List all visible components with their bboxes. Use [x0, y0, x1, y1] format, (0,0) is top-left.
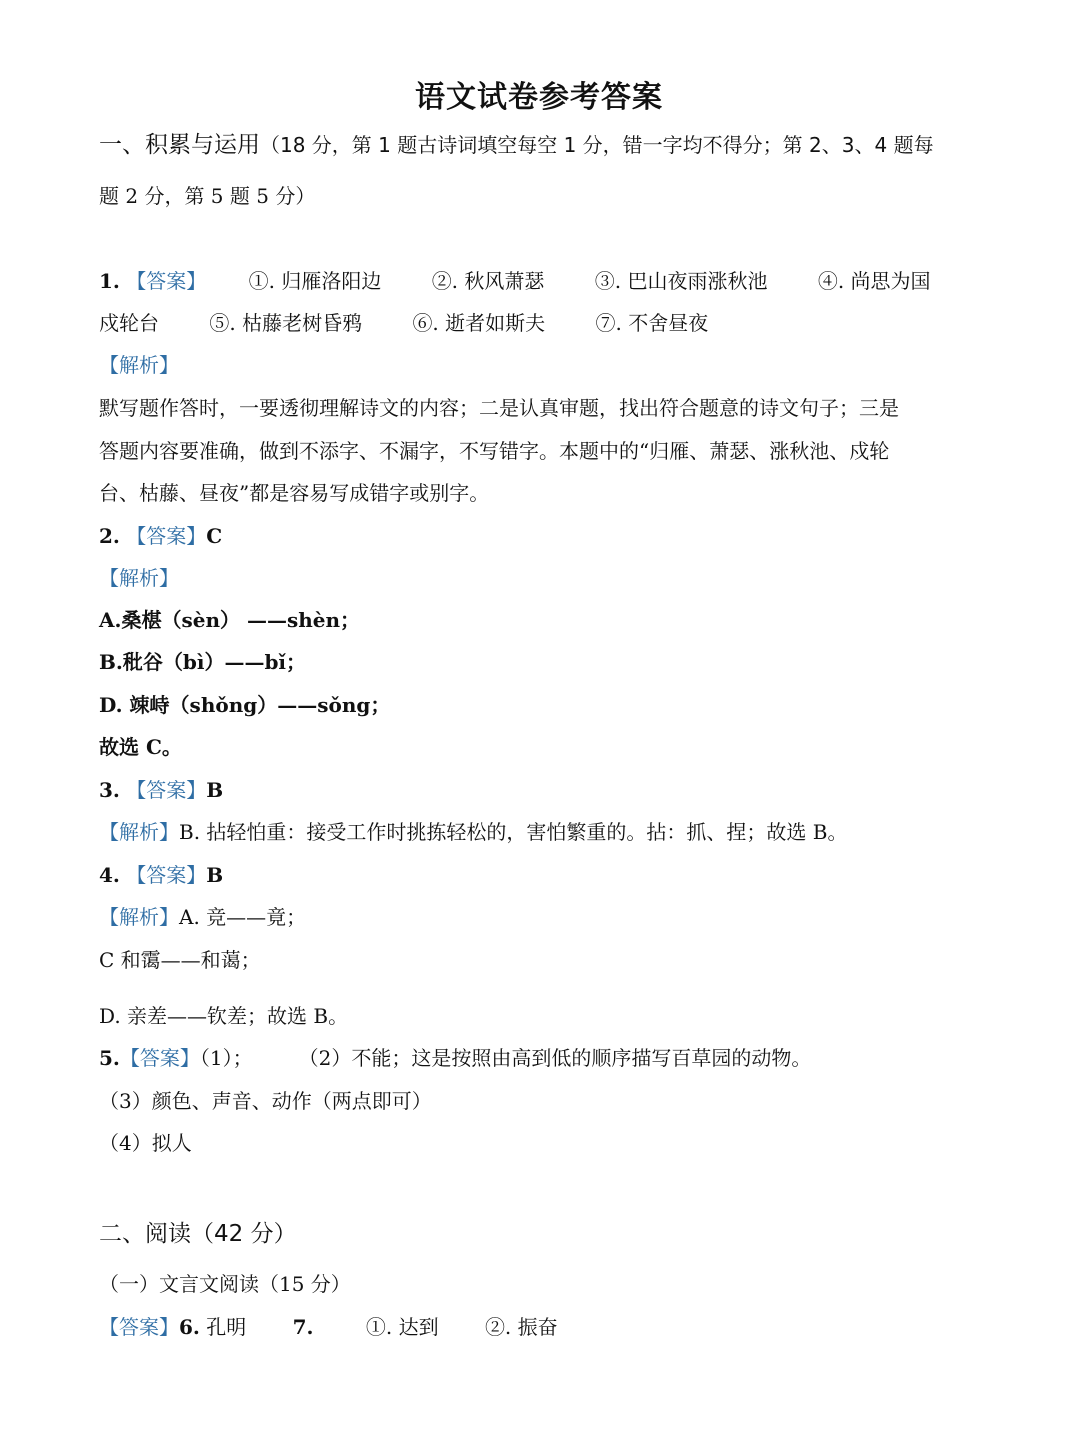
q1-item-5: ⑤. 枯藤老树昏鸦 [209, 311, 362, 335]
q3-analysis-line: 【解析】B. 拈轻怕重：接受工作时挑拣轻松的，害怕繁重的。拈：抓、捏；故选 B。 [99, 818, 847, 846]
answer-label: 【答案】 [120, 1046, 200, 1070]
section2-sub1: （一）文言文阅读（15 分） [99, 1270, 351, 1298]
q7-item-2: ②. 振奋 [485, 1315, 558, 1339]
section1-desc-2: 题 2 分，第 5 题 5 分） [99, 182, 315, 210]
q1-item-7: ⑦. 不舍昼夜 [596, 311, 709, 335]
q3-number: 3. [99, 778, 120, 802]
q2-analysis-2: B.秕谷（bì）——bǐ； [99, 648, 306, 676]
q2-answer-line: 2. 【答案】C [99, 522, 222, 550]
q5-part4: （4）拟人 [99, 1129, 192, 1157]
q6-number: 6. [179, 1315, 200, 1339]
q1-analysis-2: 答题内容要准确，做到不添字、不漏字，不写错字。本题中的“归雁、萧瑟、涨秋池、戍轮 [99, 437, 889, 465]
answer-label: 【答案】 [126, 863, 206, 887]
q2-number: 2. [99, 524, 120, 548]
analysis-label: 【解析】 [99, 820, 179, 844]
q6-q7-answer-line: 【答案】6. 孔明 7. ①. 达到 ②. 振奋 [99, 1313, 558, 1341]
q7-number: 7. [293, 1315, 314, 1339]
q2-answer: C [206, 524, 222, 548]
q3-answer: B [206, 778, 223, 802]
section1-desc-1: （18 分，第 1 题古诗词填空每空 1 分，错一字均不得分；第 2、3、4 题… [260, 133, 934, 157]
q4-analysis-2: C 和霭——和蔼； [99, 946, 261, 974]
q1-answer-line-2: 戍轮台 ⑤. 枯藤老树昏鸦 ⑥. 逝者如斯夫 ⑦. 不舍昼夜 [99, 309, 708, 337]
q2-analysis-label: 【解析】 [99, 564, 179, 592]
q1-number: 1. [99, 269, 120, 293]
q4-analysis-3: D. 亲差——钦差；故选 B。 [99, 1002, 348, 1030]
q4-answer-line: 4. 【答案】B [99, 861, 223, 889]
q1-item-6: ⑥. 逝者如斯夫 [412, 311, 545, 335]
q5-part2: （2）不能；这是按照由高到低的顺序描写百草园的动物。 [299, 1046, 812, 1070]
answer-label: 【答案】 [126, 778, 206, 802]
q1-analysis-1: 默写题作答时，一要透彻理解诗文的内容；二是认真审题，找出符合题意的诗文句子；三是 [99, 394, 899, 422]
section1-heading-line: 一、积累与运用（18 分，第 1 题古诗词填空每空 1 分，错一字均不得分；第 … [99, 131, 934, 159]
q4-answer: B [206, 863, 223, 887]
answer-label: 【答案】 [99, 1315, 179, 1339]
q2-analysis-4: 故选 C。 [99, 733, 182, 761]
q1-analysis-3: 台、枯藤、昼夜”都是容易写成错字或别字。 [99, 479, 489, 507]
q1-item-4: ④. 尚思为国 [818, 269, 931, 293]
q2-analysis-1: A.桑椹（sèn） ——shèn； [99, 606, 360, 634]
page-title: 语文试卷参考答案 [0, 72, 1078, 116]
q5-number: 5. [99, 1046, 120, 1070]
q7-item-1: ①. 达到 [366, 1315, 439, 1339]
analysis-label: 【解析】 [99, 905, 179, 929]
q4-analysis-1: A. 竞——竟； [179, 905, 306, 929]
q1-item-3: ③. 巴山夜雨涨秋池 [595, 269, 768, 293]
q5-part3: （3）颜色、声音、动作（两点即可） [99, 1087, 432, 1115]
q3-answer-line: 3. 【答案】B [99, 776, 223, 804]
q6-answer: 孔明 [206, 1315, 246, 1339]
q5-answer-line: 5.【答案】（1）；（2）不能；这是按照由高到低的顺序描写百草园的动物。 [99, 1044, 811, 1072]
q4-number: 4. [99, 863, 120, 887]
q3-analysis: B. 拈轻怕重：接受工作时挑拣轻松的，害怕繁重的。拈：抓、捏；故选 B。 [179, 820, 847, 844]
q1-answer-line: 1. 【答案】 ①. 归雁洛阳边 ②. 秋风萧瑟 ③. 巴山夜雨涨秋池 ④. 尚… [99, 267, 931, 295]
answer-key-page: 语文试卷参考答案 一、积累与运用（18 分，第 1 题古诗词填空每空 1 分，错… [0, 0, 1078, 1447]
q1-item-2: ②. 秋风萧瑟 [432, 269, 545, 293]
q1-item-4-cont: 戍轮台 [99, 311, 159, 335]
q5-part1: （1）； [200, 1046, 253, 1070]
q1-analysis-label: 【解析】 [99, 351, 179, 379]
answer-label: 【答案】 [126, 269, 206, 293]
q4-analysis-line: 【解析】A. 竞——竟； [99, 903, 306, 931]
q1-item-1: ①. 归雁洛阳边 [249, 269, 382, 293]
section1-heading: 一、积累与运用 [99, 132, 260, 158]
q2-analysis-3: D. 竦峙（shǒng）——sǒng； [99, 691, 390, 719]
section2-heading: 二、阅读（42 分） [99, 1220, 297, 1248]
answer-label: 【答案】 [126, 524, 206, 548]
